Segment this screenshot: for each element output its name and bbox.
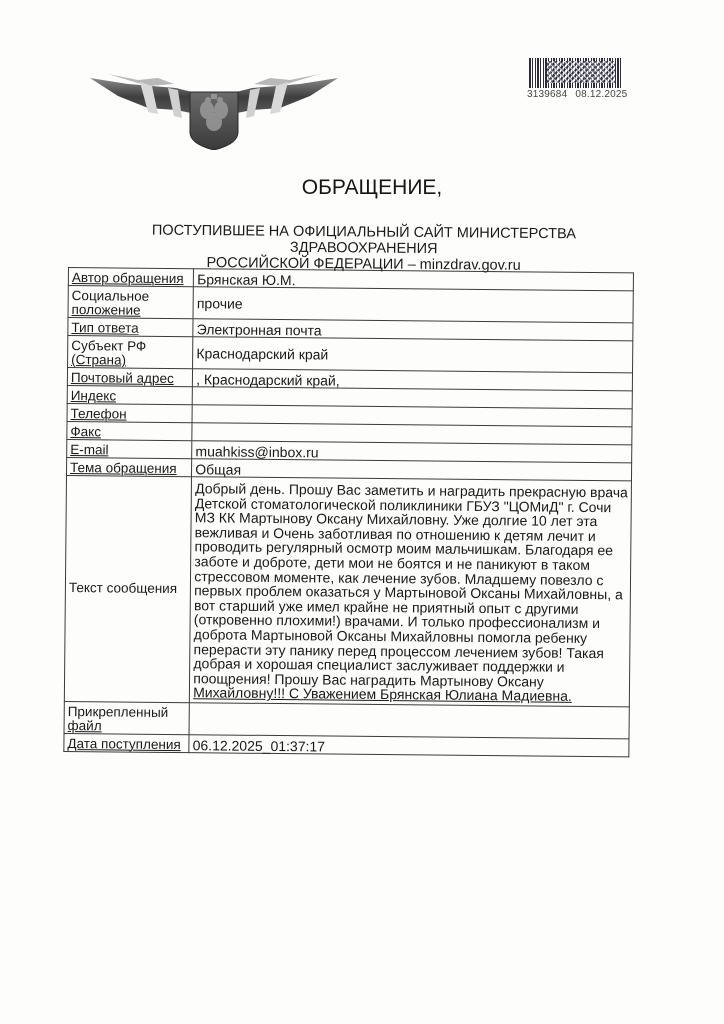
region-label: Субъект РФ (Страна) [68, 336, 194, 369]
postal-address-label: Почтовый адрес [67, 368, 192, 387]
scanned-document-page: 313968408.12.2025 ОБРАЩЕНИЕ, ПОСТУПИВШЕЕ… [0, 0, 724, 1024]
email-label: E-mail [67, 439, 192, 458]
table-row-message: Текст сообщения Добрый день. Прошу Вас з… [64, 475, 631, 706]
author-label: Автор обращения [68, 268, 193, 287]
registration-barcode: 313968408.12.2025 [527, 58, 637, 100]
message-text: Добрый день. Прошу Вас заметить и наград… [190, 477, 632, 707]
author-value: Брянская Ю.М. [194, 269, 634, 291]
table-row-attachment: Прикрепленный файл [64, 701, 629, 738]
social-status-label-line-2: положение [72, 303, 190, 318]
region-label-line-2: (Страна) [71, 353, 189, 368]
postal-address-value: , Краснодарский край, [193, 369, 633, 391]
response-type-value: Электронная почта [193, 319, 633, 341]
email-value: muahkiss@inbox.ru [192, 441, 632, 463]
attachment-label-line-2: файл [68, 719, 186, 734]
message-label: Текст сообщения [64, 475, 191, 702]
attachment-label: Прикрепленный файл [64, 701, 190, 734]
index-label: Индекс [67, 385, 192, 404]
barcode-number: 3139684 [527, 89, 567, 100]
coat-of-arms-emblem-icon [88, 70, 340, 150]
social-status-label: Социальное положение [68, 286, 194, 319]
barcode-date: 08.12.2025 [575, 89, 627, 100]
attachment-value [189, 703, 629, 739]
topic-label: Тема обращения [66, 457, 191, 476]
fax-label: Факс [67, 421, 192, 440]
social-status-value-text: прочие [197, 295, 243, 311]
appeal-details-table: Автор обращения Брянская Ю.М. Социальное… [63, 267, 634, 757]
received-date-value: 06.12.2025_01:37:17 [189, 735, 629, 757]
response-type-label: Тип ответа [68, 318, 193, 337]
barcode-icon [529, 58, 623, 88]
document-subtitle: ПОСТУПИВШЕЕ НА ОФИЦИАЛЬНЫЙ САЙТ МИНИСТЕР… [86, 222, 642, 275]
region-value: Краснодарский край [193, 337, 633, 373]
document-title: ОБРАЩЕНИЕ, [0, 176, 724, 200]
table-row-social-status: Социальное положение прочие [68, 286, 633, 323]
received-date-label: Дата поступления [64, 733, 189, 752]
phone-label: Телефон [67, 403, 192, 422]
social-status-value: прочие [193, 287, 633, 323]
subtitle-line-1: ПОСТУПИВШЕЕ НА ОФИЦИАЛЬНЫЙ САЙТ МИНИСТЕР… [86, 222, 642, 259]
table-row-region: Субъект РФ (Страна) Краснодарский край [68, 336, 633, 373]
message-line: Михайловну!!! С Уважением Брянская Юлиан… [193, 686, 626, 705]
